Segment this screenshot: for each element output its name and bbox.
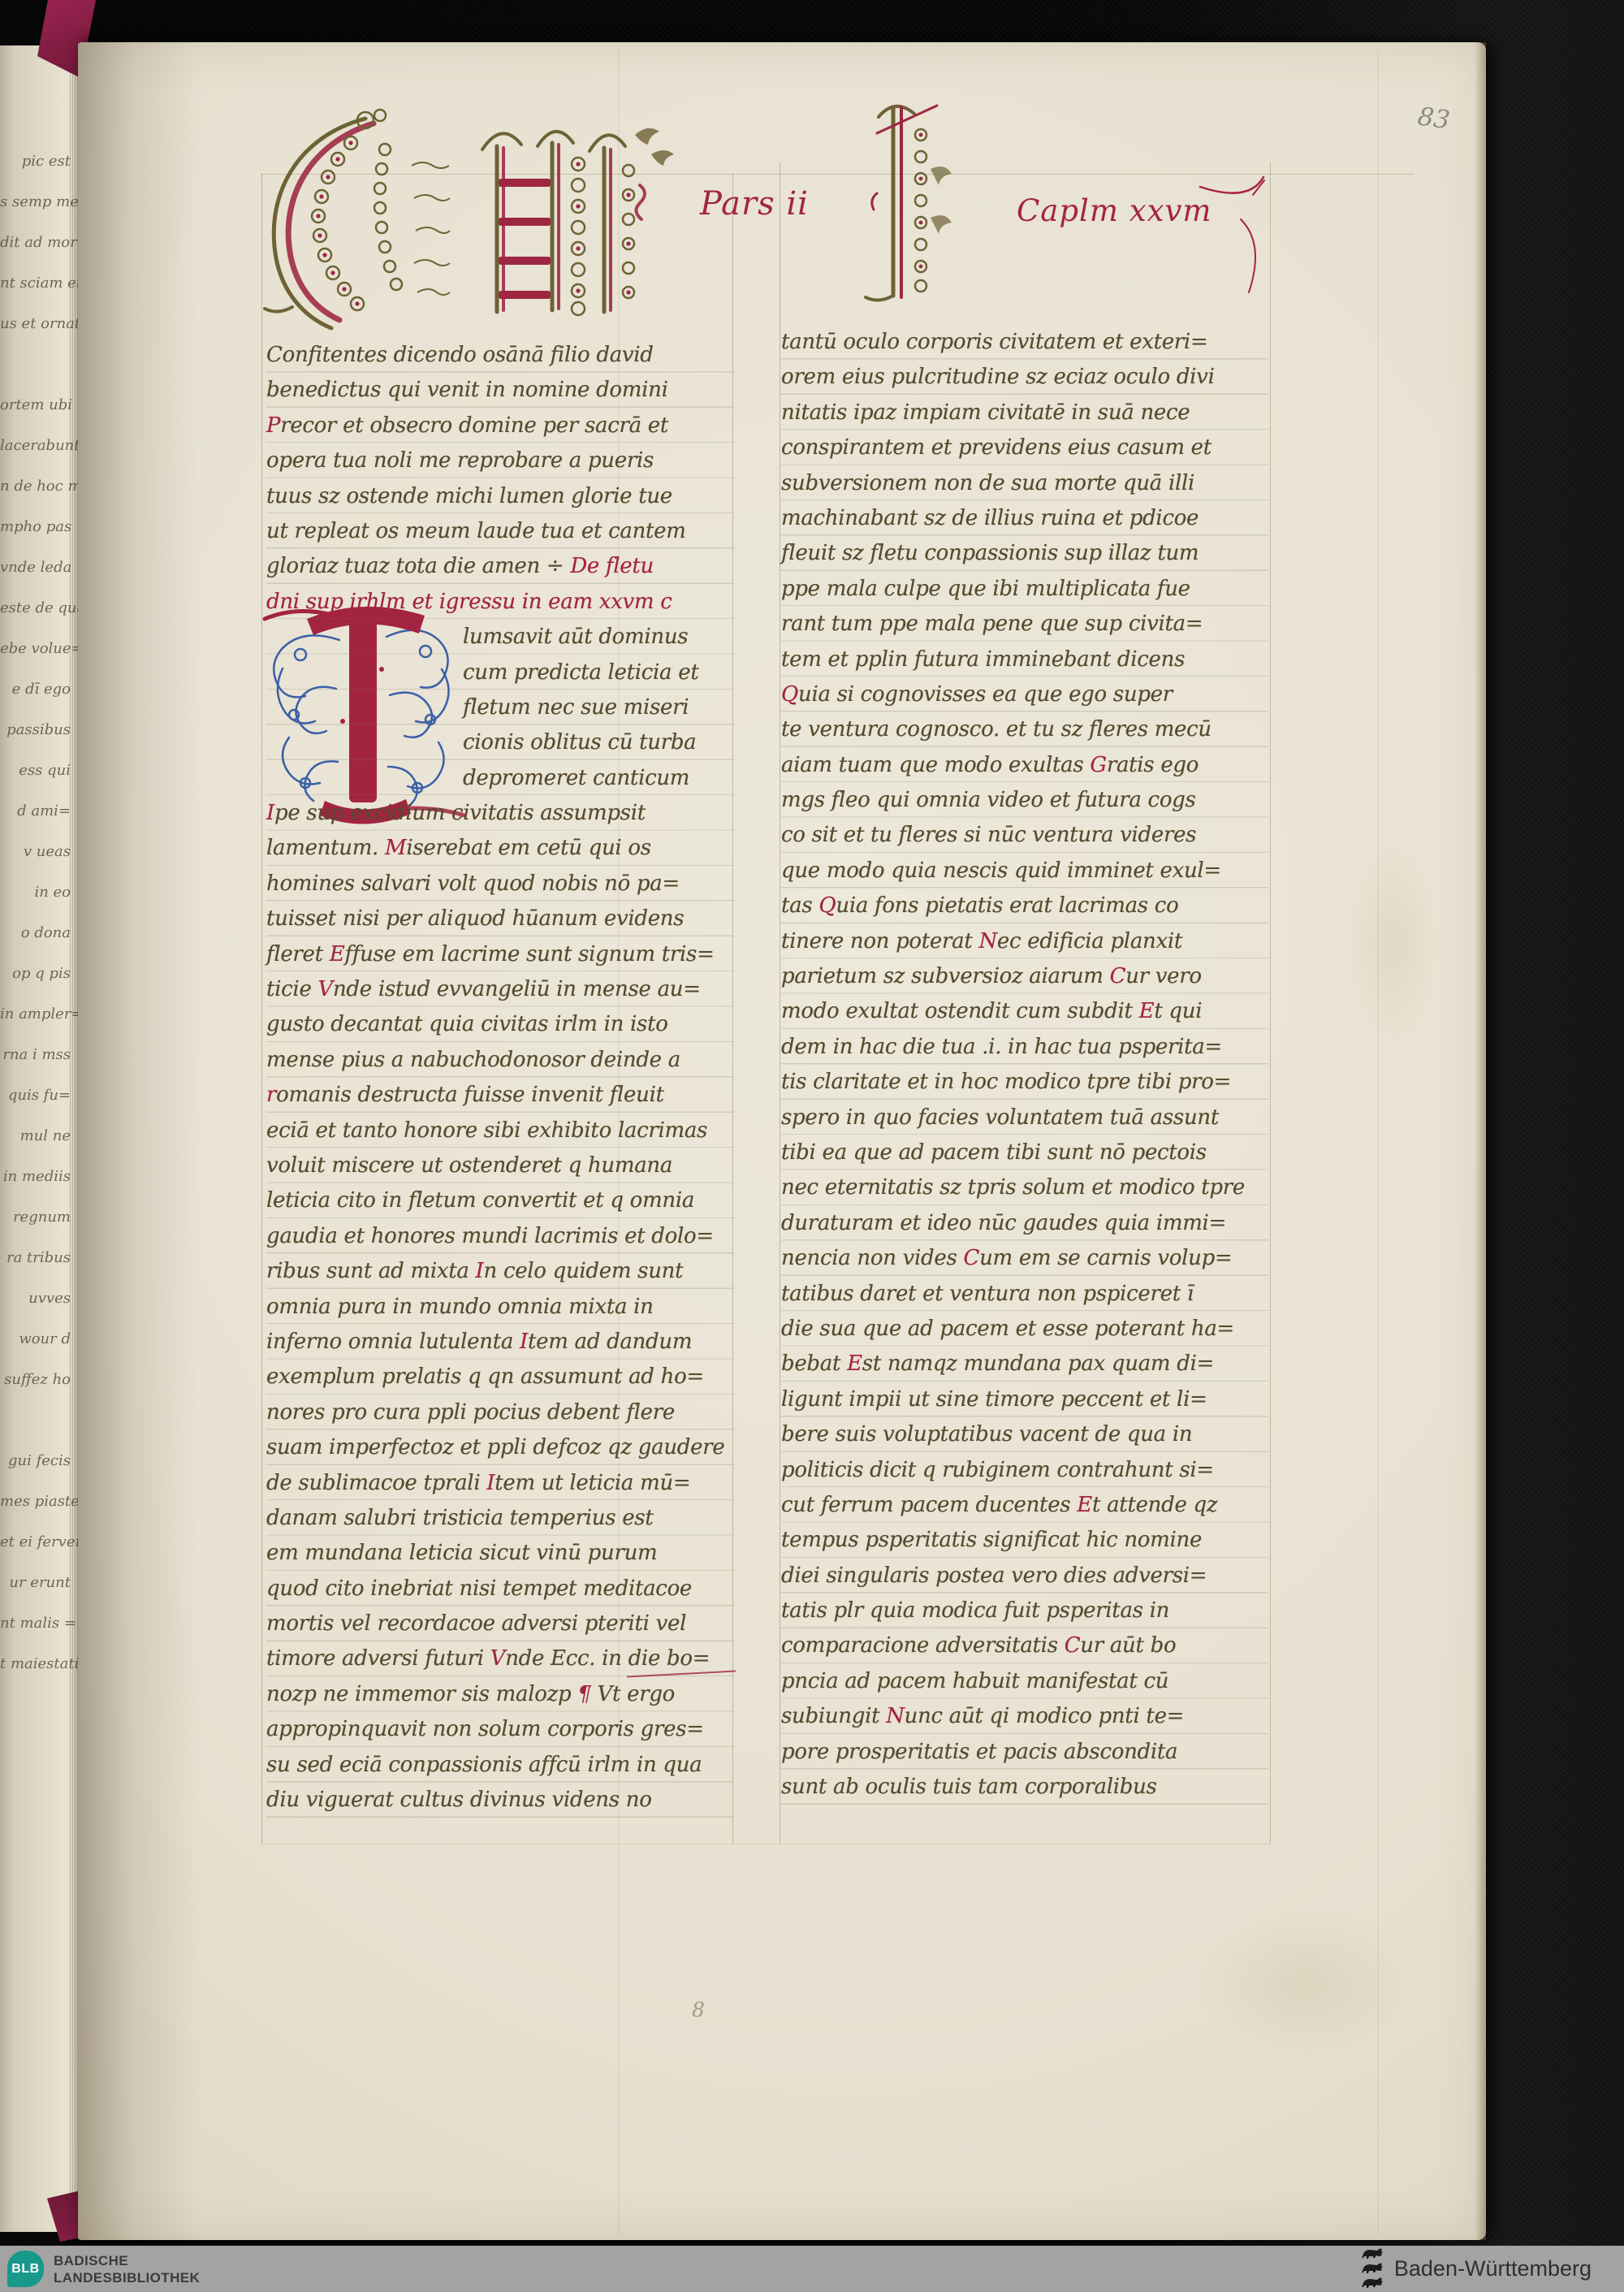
manuscript-line: dem in hac die tua .i. in hac tua psperi… xyxy=(781,1030,1268,1065)
ink-text: ribus sunt ad mixta xyxy=(266,1259,476,1283)
edge-text-fragment: o dona xyxy=(0,913,78,954)
ink-text: tem ut leticia mū= xyxy=(495,1471,690,1495)
edge-text-fragment: t maiestati xyxy=(0,1644,78,1684)
manuscript-line: tatis plr quia modica fuit psperitas in xyxy=(781,1594,1268,1628)
manuscript-line: fleuit sz fletu conpassionis sup illaz t… xyxy=(781,536,1268,571)
ink-text: ur vero xyxy=(1125,964,1202,988)
manuscript-line: ligunt impii ut sine timore peccent et l… xyxy=(781,1382,1268,1417)
edge-text-fragment: vnde leda xyxy=(0,547,78,588)
manuscript-line: te ventura cognosco. et tu sz fleres mec… xyxy=(781,712,1268,747)
manuscript-line: lamentum. Miserebat em cetū qui os xyxy=(266,831,734,866)
edge-text-fragment: in ampler= xyxy=(0,994,78,1035)
edge-text-fragment: e dī ego xyxy=(0,669,78,710)
ink-text: recor et obsecro domine per sacrā et xyxy=(280,413,668,438)
manuscript-line: danam salubri tristicia temperius est xyxy=(266,1501,734,1536)
edge-text-fragment: nt sciam et xyxy=(0,263,78,304)
ink-text: politicis dicit q rubiginem contrahunt s… xyxy=(781,1458,1214,1482)
baden-wuerttemberg-lions-icon xyxy=(1358,2247,1386,2291)
digitized-manuscript-scan: pic ests semp memo=dit ad mortent sciam … xyxy=(0,0,1624,2292)
edge-text-fragment: passibus xyxy=(0,710,78,750)
ink-text: subiungit xyxy=(781,1704,886,1728)
manuscript-line: nitatis ipaz impiam civitatē in suā nece xyxy=(781,396,1268,430)
manuscript-line: bebat Est namqz mundana pax quam di= xyxy=(781,1347,1268,1382)
ink-text: um em se carnis volup= xyxy=(979,1246,1232,1270)
gutter-shadow xyxy=(78,42,200,2240)
manuscript-line: appropinquavit non solum corporis gres= xyxy=(266,1712,734,1747)
rubric-text: N xyxy=(886,1704,904,1728)
manuscript-line: de sublimacoe tprali Item ut leticia mū= xyxy=(266,1466,734,1501)
ink-text: diei singularis postea vero dies adversi… xyxy=(781,1563,1207,1588)
edge-text-fragment: et ei ferven xyxy=(0,1522,78,1563)
edge-text-fragment: ra tribus xyxy=(0,1238,78,1278)
manuscript-line: nores pro cura ppli pocius debent flere xyxy=(266,1395,734,1430)
rubric-text: E xyxy=(330,942,345,967)
ink-text: ppe mala culpe que ibi multiplicata fue xyxy=(781,577,1190,601)
ink-text: nde istud evvangeliū in mense au= xyxy=(333,977,701,1001)
manuscript-line: modo exultat ostendit cum subdit Et qui xyxy=(781,994,1268,1029)
ink-text: exemplum prelatis q qn assumunt ad ho= xyxy=(266,1364,704,1389)
edge-text-fragment: mpho pas xyxy=(0,507,78,547)
rubric-text: N xyxy=(978,929,996,954)
ink-text: benedictus qui venit in nomine domini xyxy=(266,378,668,402)
ink-text: bere suis voluptatibus vacent de qua in xyxy=(781,1422,1192,1447)
ink-text: omanis destructa fuisse invenit fleuit xyxy=(276,1083,664,1107)
ink-text: co sit et tu fleres si nūc ventura vider… xyxy=(781,823,1196,847)
ink-text: nitatis ipaz impiam civitatē in suā nece xyxy=(781,400,1190,425)
manuscript-line: diei singularis postea vero dies adversi… xyxy=(781,1559,1268,1594)
ink-text: subversionem non de sua morte quā illi xyxy=(781,471,1194,495)
ink-text: gloriaz tuaz tota die amen ÷ xyxy=(266,554,570,578)
rubric-text: ¶ xyxy=(577,1682,590,1706)
ink-text: uia si cognovisses ea que ego super xyxy=(798,682,1173,707)
ink-text: pore prosperitatis et pacis abscondita xyxy=(781,1740,1177,1764)
ink-text: tis claritate et in hoc modico tpre tibi… xyxy=(781,1070,1231,1094)
ink-text: tem ad dandum xyxy=(528,1330,692,1354)
text-column-right: tantū oculo corporis civitatem et exteri… xyxy=(781,325,1268,1805)
manuscript-line: duraturam et ideo nūc gaudes quia immi= xyxy=(781,1206,1268,1241)
folio-number: 83 xyxy=(1416,102,1452,135)
ink-text: conspirantem et previdens eius casum et xyxy=(781,435,1212,460)
manuscript-line: orem eius pulcritudine sz eciaz oculo di… xyxy=(781,360,1268,395)
ink-text: que modo quia nescis quid imminet exul= xyxy=(781,858,1221,883)
edge-text-fragment: mul ne xyxy=(0,1116,78,1157)
manuscript-line: sunt ab oculis tuis tam corporalibus xyxy=(781,1770,1268,1805)
ink-text: duraturam et ideo nūc gaudes quia immi= xyxy=(781,1211,1226,1235)
ink-text: nores pro cura ppli pocius debent flere xyxy=(266,1400,675,1425)
manuscript-line: lumsavit aūt dominus xyxy=(266,620,734,655)
edge-text-fragment: v ueas xyxy=(0,832,78,872)
manuscript-line: exemplum prelatis q qn assumunt ad ho= xyxy=(266,1360,734,1395)
manuscript-line: mgs fleo qui omnia video et futura cogs xyxy=(781,783,1268,818)
manuscript-line: dni sup irhlm et igressu in eam xxvm c xyxy=(266,585,734,620)
ink-text: tibi ea que ad pacem tibi sunt nō pectoi… xyxy=(781,1140,1207,1165)
ink-text: cionis oblitus cū turba xyxy=(463,730,696,755)
rubric-text: G xyxy=(1090,753,1106,777)
rubric-text: C xyxy=(963,1246,979,1270)
manuscript-line: ribus sunt ad mixta In celo quidem sunt xyxy=(266,1254,734,1289)
rubric-text: C xyxy=(1065,1633,1081,1658)
manuscript-line: cum predicta leticia et xyxy=(266,655,734,690)
manuscript-line: em mundana leticia sicut vinū purum xyxy=(266,1536,734,1571)
manuscript-line: benedictus qui venit in nomine domini xyxy=(266,373,734,408)
edge-text-fragment: este de quaz xyxy=(0,588,78,629)
manuscript-line: mortis vel recordacoe adversi pteriti ve… xyxy=(266,1607,734,1641)
rubric-text: E xyxy=(1139,999,1155,1023)
ink-text: opera tua noli me reprobare a pueris xyxy=(266,448,654,473)
manuscript-line: suam imperfectoz et ppli defcoz qz gaude… xyxy=(266,1430,734,1465)
ink-text: homines salvari volt quod nobis nō pa= xyxy=(266,871,680,896)
ink-text: mense pius a nabuchodonosor deinde a xyxy=(266,1048,680,1072)
page-right-edge-shading xyxy=(1475,42,1486,2240)
manuscript-line: quod cito inebriat nisi tempet meditacoe xyxy=(266,1572,734,1607)
manuscript-line: spero in quo facies voluntatem tuā assun… xyxy=(781,1101,1268,1135)
manuscript-line: parietum sz subversioz aiarum Cur vero xyxy=(781,959,1268,994)
rubric-text: E xyxy=(847,1351,862,1376)
ink-text: tempus psperitatis significat hic nomine xyxy=(781,1528,1202,1552)
rubric-text: C xyxy=(1110,964,1126,988)
ink-text: tem et pplin futura imminebant dicens xyxy=(781,647,1185,672)
manuscript-line: voluit miscere ut ostenderet q humana xyxy=(266,1148,734,1183)
ink-text: tantū oculo corporis civitatem et exteri… xyxy=(781,330,1207,354)
ink-text: bebat xyxy=(781,1351,847,1376)
ink-text: ec edificia planxit xyxy=(997,929,1182,954)
ink-text: modo exultat ostendit cum subdit xyxy=(781,999,1139,1023)
library-name: BADISCHE LANDESBIBLIOTHEK xyxy=(54,2252,200,2286)
ink-text: voluit miscere ut ostenderet q humana xyxy=(266,1153,672,1178)
text-column-left: Confitentes dicendo osānā filio davidben… xyxy=(266,338,734,1818)
ink-text: sunt ab oculis tuis tam corporalibus xyxy=(781,1775,1157,1799)
cadel-initials-ornament xyxy=(229,107,674,336)
manuscript-line: ticie Vnde istud evvangeliū in mense au= xyxy=(266,972,734,1007)
ink-text: lamentum. xyxy=(266,836,385,860)
ink-text: n celo quidem sunt xyxy=(484,1259,684,1283)
manuscript-line: leticia cito in fletum convertit et q om… xyxy=(266,1183,734,1218)
edge-text-fragment: dit ad morte xyxy=(0,223,78,263)
edge-text-fragment: s semp memo= xyxy=(0,182,78,223)
ink-text: aiam tuam que modo exultas xyxy=(781,753,1090,777)
edge-text-fragment: lacerabunt xyxy=(0,426,78,466)
edge-text-fragment: mes piaster xyxy=(0,1481,78,1522)
manuscript-line: homines salvari volt quod nobis nō pa= xyxy=(266,867,734,902)
ink-text: t attende qz xyxy=(1092,1493,1217,1517)
ink-text: t qui xyxy=(1154,999,1202,1023)
manuscript-line: pore prosperitatis et pacis abscondita xyxy=(781,1735,1268,1770)
ruling-line-vertical xyxy=(780,162,780,1844)
previous-page-edge-strip: pic ests semp memo=dit ad mortent sciam … xyxy=(0,45,78,2232)
ink-text: tatibus daret et ventura non pspiceret ī xyxy=(781,1282,1194,1306)
ink-text: gaudia et honores mundi lacrimis et dolo… xyxy=(266,1224,714,1248)
manuscript-line: depromeret canticum xyxy=(266,761,734,796)
manuscript-line: tem et pplin futura imminebant dicens xyxy=(781,642,1268,677)
manuscript-line: conspirantem et previdens eius casum et xyxy=(781,430,1268,465)
ink-text: fleuit sz fletu conpassionis sup illaz t… xyxy=(781,541,1199,565)
page-edge-fragments: pic ests semp memo=dit ad mortent sciam … xyxy=(0,141,78,1684)
manuscript-line: ut repleat os meum laude tua et cantem xyxy=(266,514,734,549)
ink-text: nencia non vides xyxy=(781,1246,963,1270)
ink-text: st namqz mundana pax quam di= xyxy=(862,1351,1214,1376)
manuscript-line: die sua que ad pacem et esse poterant ha… xyxy=(781,1312,1268,1347)
manuscript-line: cionis oblitus cū turba xyxy=(266,725,734,760)
manuscript-line: nencia non vides Cum em se carnis volup= xyxy=(781,1241,1268,1276)
ink-text: parietum sz subversioz aiarum xyxy=(781,964,1110,988)
edge-text-fragment: in eo xyxy=(0,872,78,913)
cadel-flourish-ornament xyxy=(830,96,968,309)
rubric-text: V xyxy=(490,1646,505,1671)
manuscript-line: fletum nec sue miseri xyxy=(266,690,734,725)
ink-text: timore adversi futuri xyxy=(266,1646,490,1671)
edge-text-fragment: suffez ho xyxy=(0,1360,78,1400)
ink-text: orem eius pulcritudine sz eciaz oculo di… xyxy=(781,365,1215,389)
manuscript-line: tatibus daret et ventura non pspiceret ī xyxy=(781,1277,1268,1312)
manuscript-line: rant tum ppe mala pene que sup civita= xyxy=(781,607,1268,642)
chapter-flourish-icon xyxy=(1192,171,1273,309)
manuscript-line: fleret Effuse em lacrime sunt signum tri… xyxy=(266,937,734,972)
manuscript-line: gaudia et honores mundi lacrimis et dolo… xyxy=(266,1219,734,1254)
ink-text: ffuse em lacrime sunt signum tris= xyxy=(344,942,714,967)
ink-text: em mundana leticia sicut vinū purum xyxy=(266,1541,657,1565)
edge-text-fragment xyxy=(0,344,78,385)
manuscript-line: gloriaz tuaz tota die amen ÷ De fletu xyxy=(266,549,734,584)
edge-text-fragment: uvves xyxy=(0,1278,78,1319)
ink-text: tas xyxy=(781,893,818,918)
edge-text-fragment: ur erunt xyxy=(0,1563,78,1603)
edge-text-fragment: ess qui xyxy=(0,750,78,791)
part-heading: Pars ii xyxy=(700,185,809,223)
manuscript-line: diu viguerat cultus divinus videns no xyxy=(266,1783,734,1818)
manuscript-line: tinere non poterat Nec edificia planxit xyxy=(781,924,1268,959)
edge-text-fragment: regnum xyxy=(0,1197,78,1238)
ink-text: machinabant sz de illius ruina et pdicoe xyxy=(781,506,1199,530)
ink-text: iserebat em cetū qui os xyxy=(406,836,651,860)
ink-text: die sua que ad pacem et esse poterant ha… xyxy=(781,1317,1234,1341)
manuscript-line: subversionem non de sua morte quā illi xyxy=(781,466,1268,501)
manuscript-line: tis claritate et in hoc modico tpre tibi… xyxy=(781,1065,1268,1100)
ink-text: rant tum ppe mala pene que sup civita= xyxy=(781,612,1203,636)
manuscript-line: nozp ne immemor sis malozp ¶ Vt ergo xyxy=(266,1677,734,1712)
ruling-line-horizontal xyxy=(261,1844,1270,1844)
ink-text: nec eternitatis sz tpris solum et modico… xyxy=(781,1175,1245,1200)
manuscript-line: aiam tuam que modo exultas Gratis ego xyxy=(781,748,1268,783)
rubric-text: M xyxy=(385,836,406,860)
ink-text: fletum nec sue miseri xyxy=(463,695,689,720)
manuscript-line: ppe mala culpe que ibi multiplicata fue xyxy=(781,572,1268,607)
ink-text: depromeret canticum xyxy=(463,766,689,790)
rubric-text: V xyxy=(318,977,333,1001)
manuscript-line: politicis dicit q rubiginem contrahunt s… xyxy=(781,1453,1268,1488)
manuscript-line: tantū oculo corporis civitatem et exteri… xyxy=(781,325,1268,360)
manuscript-line: pncia ad pacem habuit manifestat cū xyxy=(781,1664,1268,1699)
state-branding: Baden-Württemberg xyxy=(1358,2246,1592,2292)
ink-text: tatis plr quia modica fuit psperitas in xyxy=(781,1598,1169,1623)
ink-text: tuus sz ostende michi lumen glorie tue xyxy=(266,484,672,508)
ink-text: ut repleat os meum laude tua et cantem xyxy=(266,519,686,543)
ink-text: appropinquavit non solum corporis gres= xyxy=(266,1717,704,1741)
edge-text-fragment: gui fecis xyxy=(0,1441,78,1481)
ink-text: danam salubri tristicia temperius est xyxy=(266,1506,654,1530)
library-footer-bar: BLB BADISCHE LANDESBIBLIOTHEK Baden-Würt… xyxy=(0,2246,1624,2292)
ruling-line-vertical xyxy=(1270,162,1271,1844)
ink-text: ticie xyxy=(266,977,318,1001)
ink-text: mgs fleo qui omnia video et futura cogs xyxy=(781,788,1196,812)
ruling-line-vertical xyxy=(261,174,262,1844)
library-name-line1: BADISCHE xyxy=(54,2252,200,2269)
manuscript-line: cut ferrum pacem ducentes Et attende qz xyxy=(781,1488,1268,1523)
edge-text-fragment: nt malis = xyxy=(0,1603,78,1644)
manuscript-line: comparacione adversitatis Cur aūt bo xyxy=(781,1628,1268,1663)
ink-text: omnia pura in mundo omnia mixta in xyxy=(266,1295,654,1319)
ink-text: eciā et tanto honore sibi exhibito lacri… xyxy=(266,1118,707,1143)
ink-text: lumsavit aūt dominus xyxy=(463,625,688,649)
ink-text: comparacione adversitatis xyxy=(781,1633,1065,1658)
manuscript-line: eciā et tanto honore sibi exhibito lacri… xyxy=(266,1114,734,1148)
edge-text-fragment: wour d xyxy=(0,1319,78,1360)
ink-text: ratis ego xyxy=(1107,753,1199,777)
state-name: Baden-Württemberg xyxy=(1394,2256,1592,2281)
manuscript-line: opera tua noli me reprobare a pueris xyxy=(266,443,734,478)
rubric-text: I xyxy=(520,1330,528,1354)
ink-text: spero in quo facies voluntatem tuā assun… xyxy=(781,1105,1219,1130)
rubric-text: I xyxy=(266,801,274,825)
manuscript-line: que modo quia nescis quid imminet exul= xyxy=(781,854,1268,889)
ink-text: inferno omnia lutulenta xyxy=(266,1330,520,1354)
ink-text: Confitentes dicendo osānā filio david xyxy=(266,343,654,367)
manuscript-line: timore adversi futuri Vnde Ecc. in die b… xyxy=(266,1641,734,1676)
manuscript-line: Quia si cognovisses ea que ego super xyxy=(781,677,1268,712)
ink-text: Vt ergo xyxy=(591,1682,675,1706)
manuscript-line: subiungit Nunc aūt qi modico pnti te= xyxy=(781,1699,1268,1734)
blb-logo: BLB xyxy=(7,2251,44,2287)
ink-text: uia fons pietatis erat lacrimas co xyxy=(836,893,1178,918)
edge-text-fragment: pic est xyxy=(0,141,78,182)
rubric-text: P xyxy=(266,413,280,438)
page-fold-line xyxy=(1377,50,1379,2235)
rubric-text: dni sup irhlm et igressu in eam xxvm c xyxy=(266,590,672,614)
quire-mark: 8 xyxy=(692,1998,705,2022)
ink-text: su sed eciā conpassionis affcū irlm in q… xyxy=(266,1753,702,1777)
ink-text: ligunt impii ut sine timore peccent et l… xyxy=(781,1387,1207,1412)
manuscript-line: Confitentes dicendo osānā filio david xyxy=(266,338,734,373)
ink-text: cut ferrum pacem ducentes xyxy=(781,1493,1077,1517)
manuscript-line: tuus sz ostende michi lumen glorie tue xyxy=(266,479,734,514)
edge-text-fragment: us et ornati xyxy=(0,304,78,344)
manuscript-line: machinabant sz de illius ruina et pdicoe xyxy=(781,501,1268,536)
rubric-text: r xyxy=(266,1083,276,1107)
manuscript-line: nec eternitatis sz tpris solum et modico… xyxy=(781,1170,1268,1205)
rubric-text: Q xyxy=(818,893,836,918)
rubric-text: I xyxy=(486,1471,495,1495)
ink-text: tinere non poterat xyxy=(781,929,978,954)
ink-text: suam imperfectoz et ppli defcoz qz gaude… xyxy=(266,1435,724,1460)
ink-text: leticia cito in fletum convertit et q om… xyxy=(266,1188,694,1213)
manuscript-line: tempus psperitatis significat hic nomine xyxy=(781,1523,1268,1558)
manuscript-line: romanis destructa fuisse invenit fleuit xyxy=(266,1078,734,1113)
manuscript-line: omnia pura in mundo omnia mixta in xyxy=(266,1290,734,1325)
manuscript-line: bere suis voluptatibus vacent de qua in xyxy=(781,1417,1268,1452)
manuscript-line: su sed eciā conpassionis affcū irlm in q… xyxy=(266,1748,734,1783)
edge-text-fragment: in mediis xyxy=(0,1157,78,1197)
library-name-line2: LANDESBIBLIOTHEK xyxy=(54,2269,200,2286)
page-edges-texture xyxy=(70,45,78,2232)
ink-text: pe sup excidium civitatis assumpsit xyxy=(274,801,646,825)
ink-text: nde Ecc. in die bo= xyxy=(505,1646,710,1671)
ink-text: mortis vel recordacoe adversi pteriti ve… xyxy=(266,1611,686,1636)
edge-text-fragment: ortem ubi xyxy=(0,385,78,426)
ink-text: ur aūt bo xyxy=(1080,1633,1176,1658)
edge-text-fragment: op q pis xyxy=(0,954,78,994)
edge-text-fragment: quis fu= xyxy=(0,1075,78,1116)
rubric-text: Q xyxy=(781,682,798,707)
edge-text-fragment: d ami= xyxy=(0,791,78,832)
manuscript-line: co sit et tu fleres si nūc ventura vider… xyxy=(781,818,1268,853)
ink-text: unc aūt qi modico pnti te= xyxy=(905,1704,1184,1728)
ink-text: diu viguerat cultus divinus videns no xyxy=(266,1788,652,1812)
ink-text: fleret xyxy=(266,942,330,967)
edge-text-fragment xyxy=(0,1400,78,1441)
rubric-text: E xyxy=(1077,1493,1092,1517)
ink-text: pncia ad pacem habuit manifestat cū xyxy=(781,1669,1168,1693)
manuscript-line: tuisset nisi per aliquod hūanum evidens xyxy=(266,902,734,936)
edge-text-fragment: n de hoc mū= xyxy=(0,466,78,507)
ink-text: quod cito inebriat nisi tempet meditacoe xyxy=(266,1576,692,1601)
rubric-text: De fletu xyxy=(570,554,654,578)
manuscript-line: gusto decantat quia civitas irlm in isto xyxy=(266,1007,734,1042)
ink-text: de sublimacoe tprali xyxy=(266,1471,486,1495)
parchment-stain xyxy=(1345,838,1442,1049)
rubric-text: I xyxy=(476,1259,484,1283)
manuscript-line: Precor et obsecro domine per sacrā et xyxy=(266,409,734,443)
manuscript-line: Ipe sup excidium civitatis assumpsit xyxy=(266,796,734,831)
ink-text: dem in hac die tua .i. in hac tua psperi… xyxy=(781,1035,1222,1059)
manuscript-line: inferno omnia lutulenta Item ad dandum xyxy=(266,1325,734,1360)
manuscript-line: tibi ea que ad pacem tibi sunt nō pectoi… xyxy=(781,1135,1268,1170)
ink-text: nozp ne immemor sis malozp xyxy=(266,1682,577,1706)
chapter-heading: Caplm xxvm xyxy=(1017,193,1212,228)
manuscript-line: tas Quia fons pietatis erat lacrimas co xyxy=(781,889,1268,923)
edge-text-fragment: rna i mss xyxy=(0,1035,78,1075)
edge-text-fragment: ebe volue= xyxy=(0,629,78,669)
ink-text: gusto decantat quia civitas irlm in isto xyxy=(266,1012,668,1036)
ink-text: cum predicta leticia et xyxy=(463,660,698,685)
ink-text: te ventura cognosco. et tu sz fleres mec… xyxy=(781,717,1212,742)
manuscript-line: mense pius a nabuchodonosor deinde a xyxy=(266,1043,734,1078)
ink-text: tuisset nisi per aliquod hūanum evidens xyxy=(266,906,684,931)
